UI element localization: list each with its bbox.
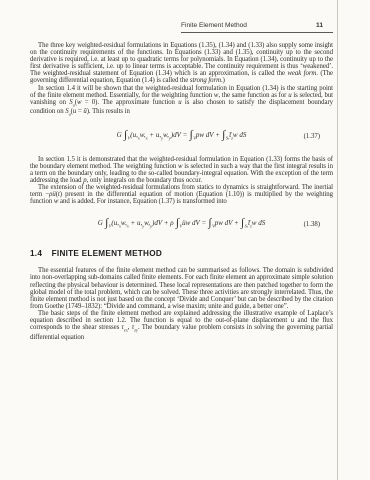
paragraph-basic-steps: The basic steps of the finite element me… bbox=[30, 310, 333, 341]
section-title: FINITE ELEMENT METHOD bbox=[52, 249, 162, 258]
page-edge-line bbox=[337, 0, 338, 480]
equation-1-38-number: (1.38) bbox=[304, 221, 320, 228]
paragraph-weak-form-intro: In section 1.4 it will be shown that the… bbox=[30, 85, 333, 118]
paragraph-dynamics: The extension of the weighted-residual f… bbox=[30, 184, 333, 205]
book-page: Finite Element Method 11 The three key w… bbox=[0, 0, 370, 480]
page-content: Finite Element Method 11 The three key w… bbox=[30, 22, 333, 341]
equation-1-37: G ∫V(u,xw,x + u,yw,y)dV = ∫Vpw dV + ∫Sₜt… bbox=[30, 130, 333, 144]
running-header-title: Finite Element Method bbox=[181, 22, 247, 29]
equation-1-37-body: G ∫V(u,xw,x + u,yw,y)dV = ∫Vpw dV + ∫Sₜt… bbox=[30, 131, 333, 141]
section-number: 1.4 bbox=[30, 249, 42, 258]
paragraph-boundary-element: In section 1.5 it is demonstrated that t… bbox=[30, 156, 333, 184]
equation-1-38: G ∫V(u,xw,x + u,yw,y)dV + ρ ∫Vüw dV = ∫V… bbox=[30, 217, 333, 231]
equation-1-37-number: (1.37) bbox=[304, 133, 320, 140]
page-number: 11 bbox=[316, 22, 333, 29]
section-heading: 1.4 FINITE ELEMENT METHOD bbox=[30, 249, 333, 258]
paragraph-fem-features: The essential features of the finite ele… bbox=[30, 267, 333, 310]
paragraph-continuity: The three key weighted-residual formulat… bbox=[30, 42, 333, 85]
equation-1-38-body: G ∫V(u,xw,x + u,yw,y)dV + ρ ∫Vüw dV = ∫V… bbox=[30, 219, 333, 229]
running-header: Finite Element Method 11 bbox=[181, 22, 333, 33]
